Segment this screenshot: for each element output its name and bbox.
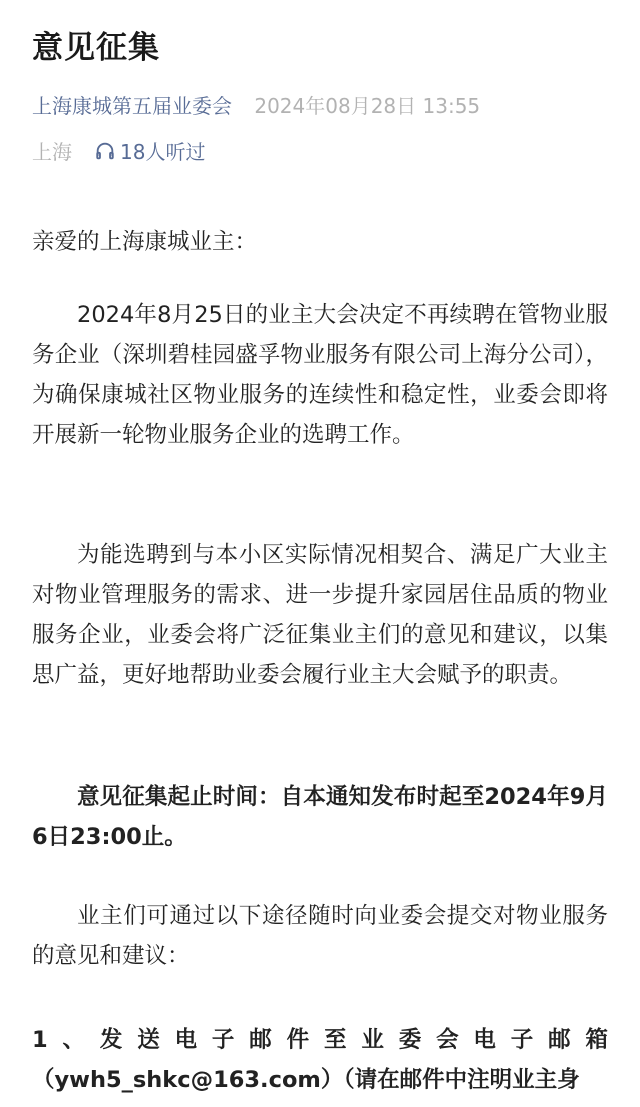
publish-datetime: 2024年08月28日 13:55 [254,94,480,118]
greeting: 亲爱的上海康城业主： [32,222,608,262]
paragraph-deadline: 意见征集起止时间：自本通知发布时起至2024年9月6日23:00止。 [32,777,608,857]
paragraph-2: 为能选聘到与本小区实际情况相契合、满足广大业主对物业管理服务的需求、进一步提升家… [32,535,608,695]
region-label: 上海 [32,136,72,165]
paragraph-email-channel: 1、发送电子邮件至业委会电子邮箱（ywh5_shkc@163.com）（请在邮件… [32,1020,608,1100]
author-link[interactable]: 上海康城第五届业委会 [32,94,232,118]
article-meta: 上海康城第五届业委会 2024年08月28日 13:55 [32,90,480,119]
headphones-icon [94,140,116,162]
article-title: 意见征集 [32,22,160,67]
listen-count: 18人听过 [120,136,205,165]
paragraph-channels: 业主们可通过以下途径随时向业委会提交对物业服务的意见和建议： [32,896,608,976]
article-meta-secondary: 上海 18人听过 [32,136,205,165]
paragraph-1: 2024年8月25日的业主大会决定不再续聘在管物业服务企业（深圳碧桂园盛孚物业服… [32,295,608,455]
listen-button[interactable]: 18人听过 [94,136,205,165]
